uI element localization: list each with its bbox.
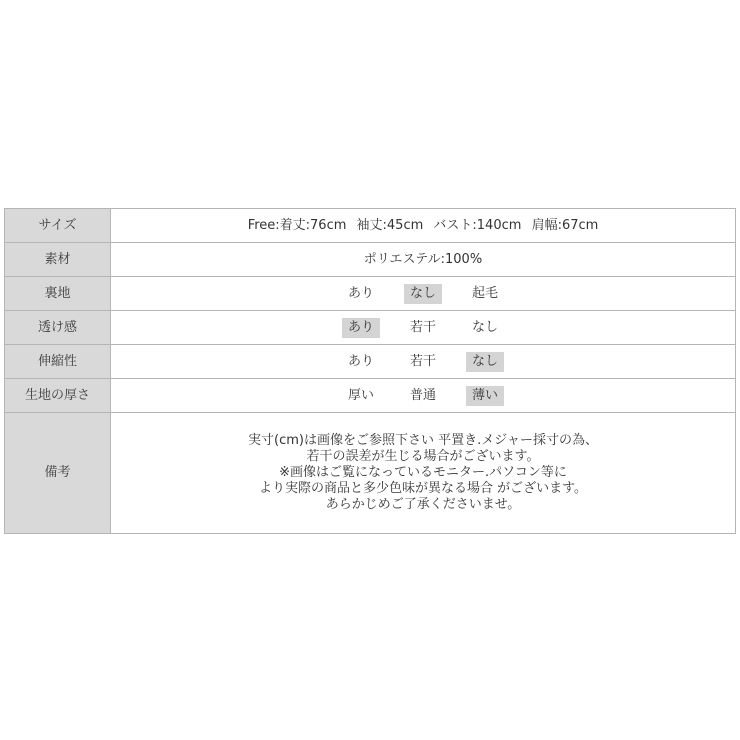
option-stretch-yes: あり xyxy=(342,352,380,372)
option-lining-brushed: 起毛 xyxy=(466,284,504,304)
product-spec-table: サイズ Free:着丈:76cm 袖丈:45cm バスト:140cm 肩幅:67… xyxy=(4,208,736,534)
value-size: Free:着丈:76cm 袖丈:45cm バスト:140cm 肩幅:67cm xyxy=(111,209,736,243)
label-stretch: 伸縮性 xyxy=(5,345,111,379)
option-sheer-no: なし xyxy=(466,318,504,338)
value-lining: ありなし起毛 xyxy=(111,277,736,311)
row-sheerness: 透け感 あり若干なし xyxy=(5,311,736,345)
label-notes: 備考 xyxy=(5,413,111,534)
row-stretch: 伸縮性 あり若干なし xyxy=(5,345,736,379)
label-lining: 裏地 xyxy=(5,277,111,311)
value-sheerness: あり若干なし xyxy=(111,311,736,345)
row-size: サイズ Free:着丈:76cm 袖丈:45cm バスト:140cm 肩幅:67… xyxy=(5,209,736,243)
option-sheer-yes-selected: あり xyxy=(342,318,380,338)
size-shoulder: 肩幅:67cm xyxy=(532,218,599,234)
option-thin-selected: 薄い xyxy=(466,386,504,406)
row-thickness: 生地の厚さ 厚い普通薄い xyxy=(5,379,736,413)
value-thickness: 厚い普通薄い xyxy=(111,379,736,413)
row-lining: 裏地 ありなし起毛 xyxy=(5,277,736,311)
option-lining-no-selected: なし xyxy=(404,284,442,304)
value-stretch: あり若干なし xyxy=(111,345,736,379)
label-thickness: 生地の厚さ xyxy=(5,379,111,413)
row-material: 素材 ポリエステル:100% xyxy=(5,243,736,277)
option-stretch-no-selected: なし xyxy=(466,352,504,372)
value-material: ポリエステル:100% xyxy=(111,243,736,277)
label-material: 素材 xyxy=(5,243,111,277)
option-thick: 厚い xyxy=(342,386,380,406)
value-notes: 実寸(cm)は画像をご参照下さい 平置き.メジャー採寸の為、 若干の誤差が生じる… xyxy=(111,413,736,534)
note-line: 実寸(cm)は画像をご参照下さい 平置き.メジャー採寸の為、 xyxy=(111,433,735,449)
size-free-length: Free:着丈:76cm xyxy=(248,218,347,234)
size-bust: バスト:140cm xyxy=(433,218,521,234)
option-lining-yes: あり xyxy=(342,284,380,304)
note-line: あらかじめご了承くださいませ。 xyxy=(111,497,735,513)
note-line: 若干の誤差が生じる場合がございます。 xyxy=(111,449,735,465)
label-sheerness: 透け感 xyxy=(5,311,111,345)
note-line: より実際の商品と多少色味が異なる場合 がございます。 xyxy=(111,481,735,497)
label-size: サイズ xyxy=(5,209,111,243)
size-sleeve: 袖丈:45cm xyxy=(357,218,424,234)
option-normal: 普通 xyxy=(404,386,442,406)
option-sheer-slight: 若干 xyxy=(404,318,442,338)
option-stretch-slight: 若干 xyxy=(404,352,442,372)
note-line: ※画像はご覧になっているモニター.パソコン等に xyxy=(111,465,735,481)
row-notes: 備考 実寸(cm)は画像をご参照下さい 平置き.メジャー採寸の為、 若干の誤差が… xyxy=(5,413,736,534)
